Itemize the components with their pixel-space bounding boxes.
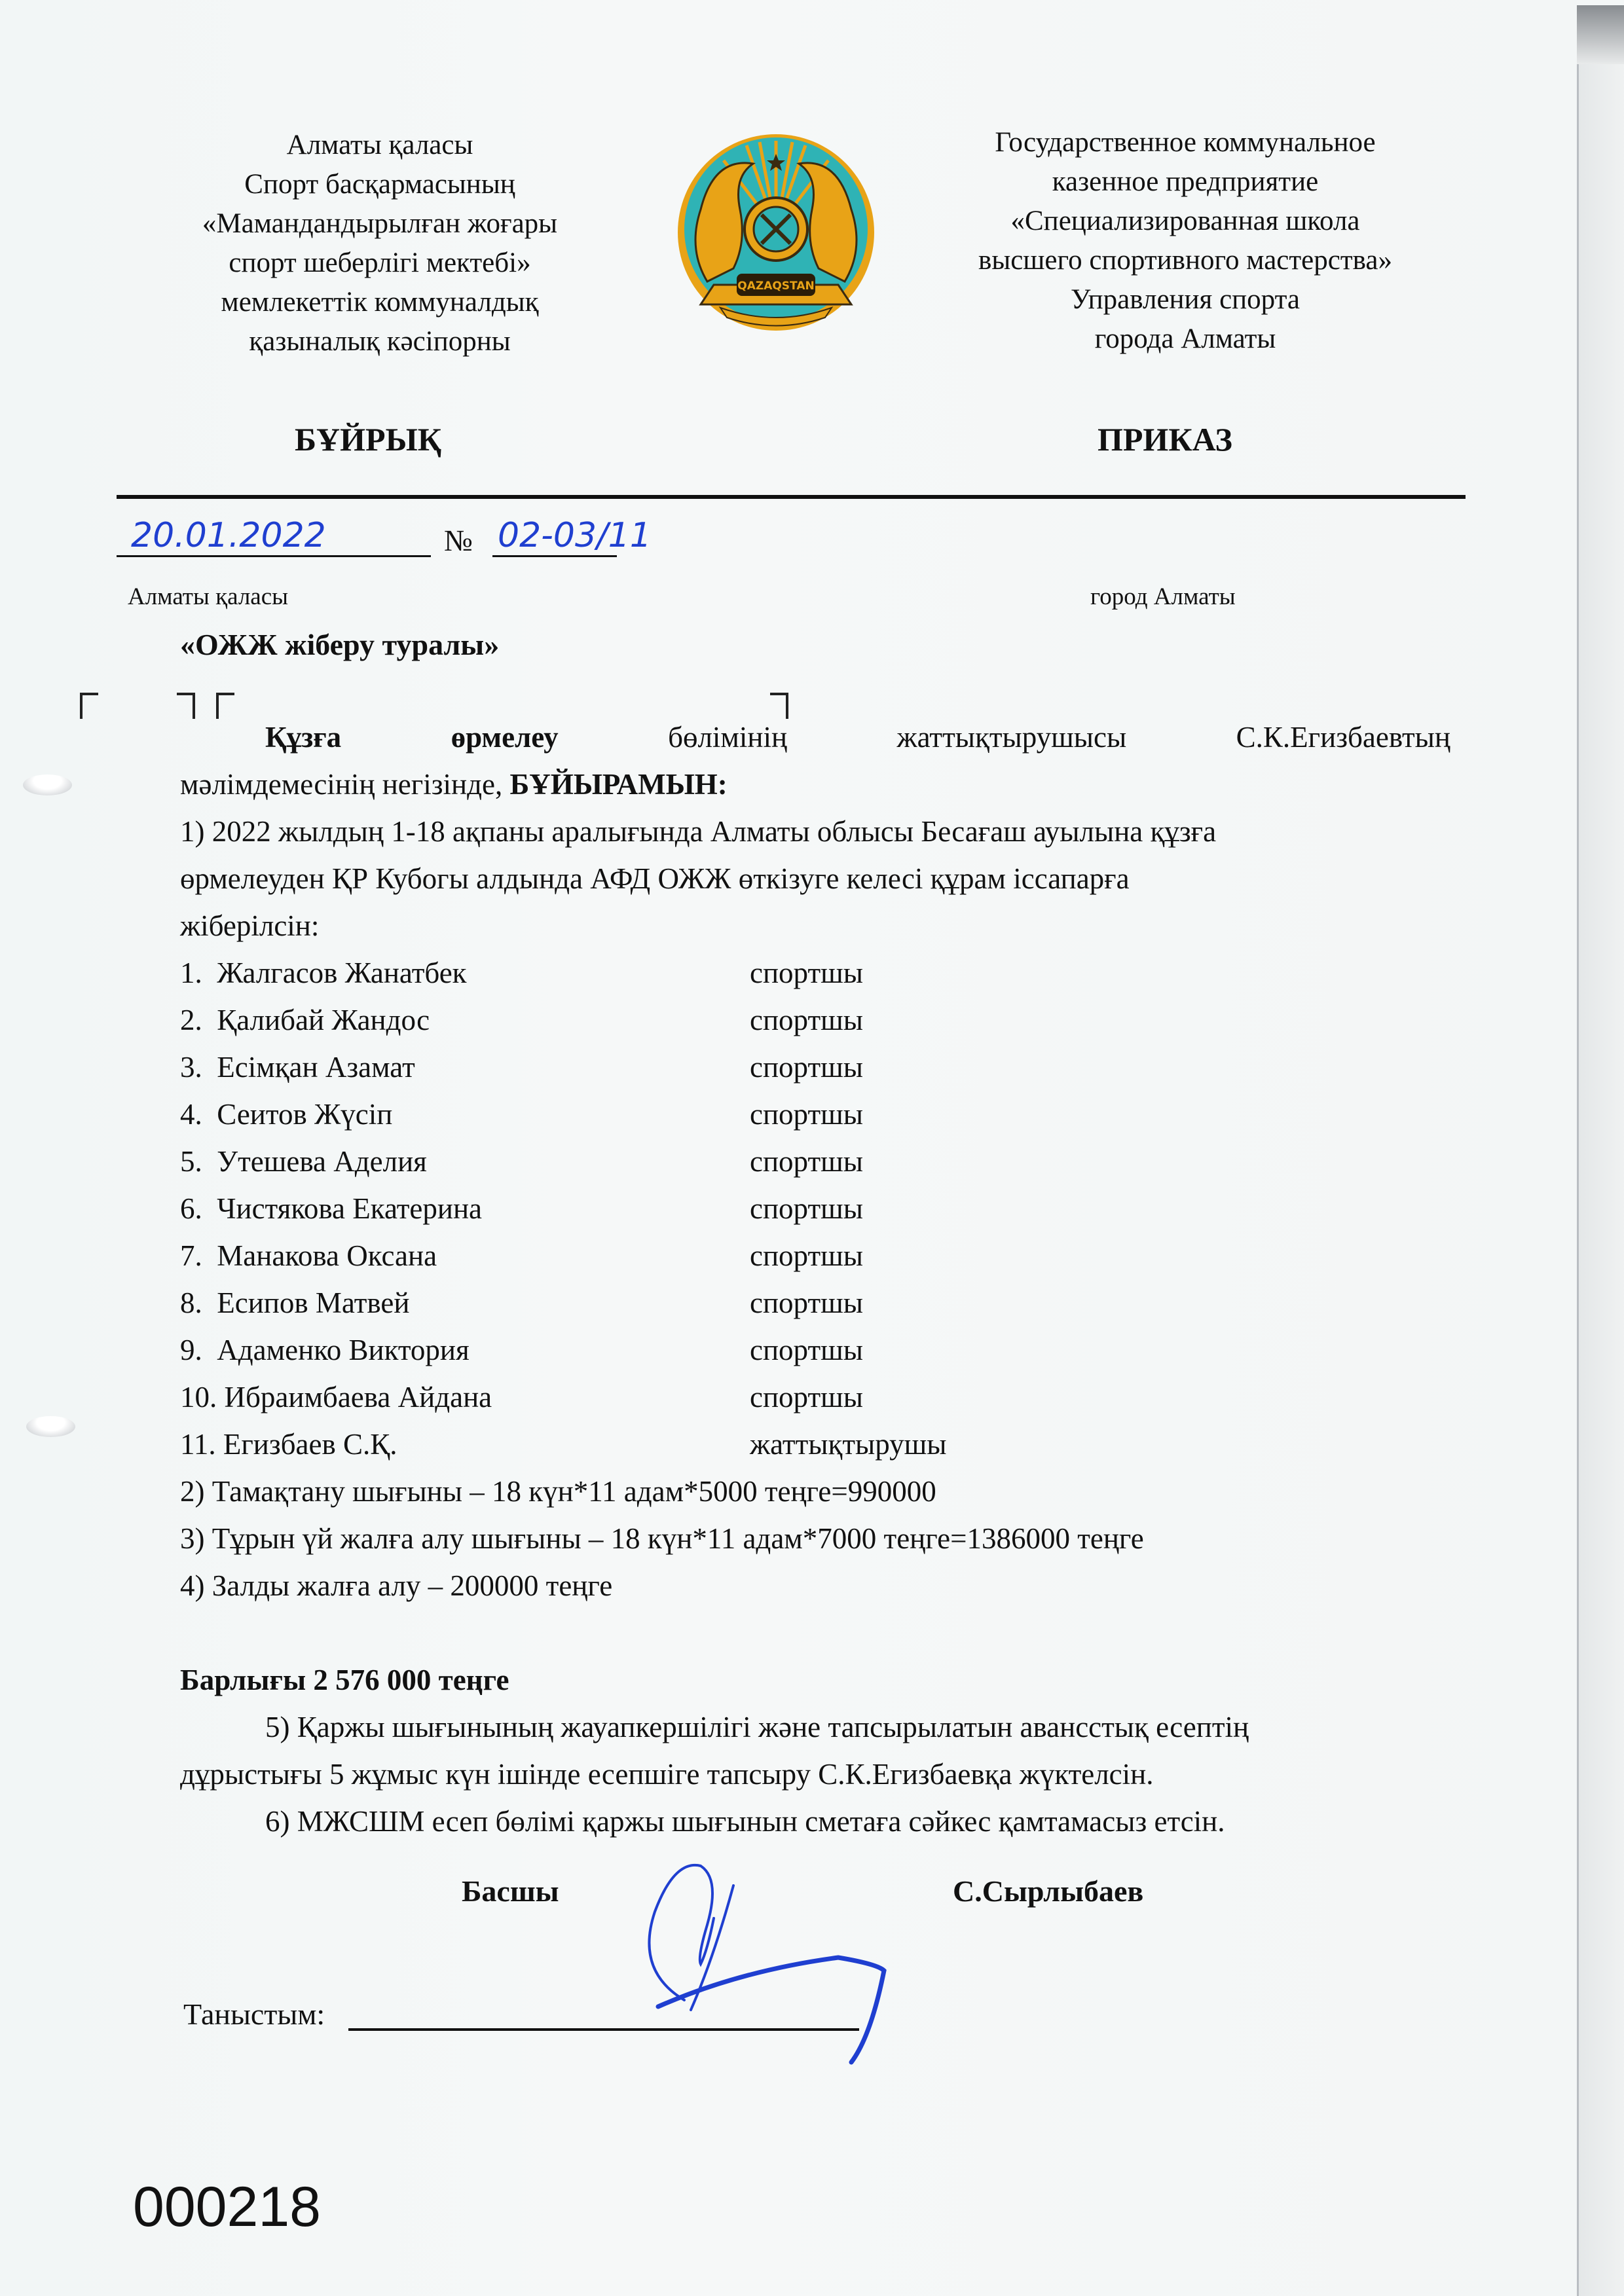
- member-name: 8. Есипов Матвей: [180, 1279, 750, 1326]
- document-serial-number: 000218: [133, 2175, 321, 2240]
- preamble-word: Құзға: [265, 714, 341, 761]
- member-name: 2. Қалибай Жандос: [180, 996, 750, 1044]
- header-left-line: спорт шеберлігі мектебі»: [151, 244, 609, 283]
- member-role: спортшы: [750, 996, 863, 1044]
- total-amount: Барлығы 2 576 000 теңге: [180, 1656, 1450, 1704]
- preamble-text: мәлімдемесінің негізінде,: [180, 768, 509, 801]
- number-label: №: [444, 517, 473, 564]
- member-role: спортшы: [750, 1326, 863, 1374]
- preamble-line2: мәлімдемесінің негізінде, БҰЙЫРАМЫН:: [180, 761, 1450, 808]
- member-name: 3. Есімқан Азамат: [180, 1044, 750, 1091]
- item1-line: өрмелеуден ҚР Кубогы алдында АФД ОЖЖ өтк…: [180, 855, 1450, 902]
- order-keyword: БҰЙЫРАМЫН:: [509, 768, 727, 801]
- member-role: спортшы: [750, 1138, 863, 1185]
- item4-hall-cost: 4) Залды жалға алу – 200000 теңге: [180, 1562, 1450, 1609]
- page-edge-shadow: [1577, 7, 1624, 2296]
- page-edge-corner: [1577, 5, 1624, 64]
- member-name: 1. Жалгасов Жанатбек: [180, 949, 750, 996]
- spacer: [180, 1609, 1450, 1656]
- item3-housing-cost: 3) Тұрын үй жалға алу шығыны – 18 күн*11…: [180, 1515, 1450, 1562]
- member-row: 1. Жалгасов Жанатбекспортшы: [180, 949, 1450, 996]
- item1-line: жіберілсін:: [180, 902, 1450, 949]
- item2-food-cost: 2) Тамақтану шығыны – 18 күн*11 адам*500…: [180, 1468, 1450, 1515]
- member-name: 5. Утешева Аделия: [180, 1138, 750, 1185]
- header-left-line: «Мамандандырылған жоғары: [151, 204, 609, 244]
- member-name: 9. Адаменко Виктория: [180, 1326, 750, 1374]
- header-left-line: мемлекеттік коммуналдық: [151, 283, 609, 322]
- preamble-word: өрмелеу: [451, 714, 559, 761]
- member-role: спортшы: [750, 1091, 863, 1138]
- member-name: 6. Чистякова Екатерина: [180, 1185, 750, 1232]
- header-left-line: қазыналық кәсіпорны: [151, 322, 609, 361]
- preamble-word: жаттықтырушысы: [897, 714, 1127, 761]
- header-right-org: Государственное коммунальное казенное пр…: [917, 123, 1454, 359]
- header-right-line: казенное предприятие: [917, 162, 1454, 202]
- preamble-word: бөлімінің: [668, 714, 787, 761]
- city-russian: город Алматы: [1090, 583, 1236, 611]
- header-divider: [117, 495, 1466, 499]
- header-left-line: Спорт басқармасының: [151, 165, 609, 204]
- order-body: Құзға өрмелеу бөлімінің жаттықтырушысы С…: [180, 714, 1450, 1845]
- bracket-mark: [80, 693, 98, 719]
- member-row: 7. Манакова Оксанаспортшы: [180, 1232, 1450, 1279]
- member-role: спортшы: [750, 949, 863, 996]
- order-date: 20.01.2022: [131, 516, 326, 555]
- member-name: 10. Ибраимбаева Айдана: [180, 1374, 750, 1421]
- signatory-position: Басшы: [462, 1874, 559, 1908]
- member-name: 4. Сеитов Жүсіп: [180, 1091, 750, 1138]
- header-right-line: Управления спорта: [917, 280, 1454, 319]
- number-underline: [492, 555, 617, 557]
- acquainted-signature-line: [348, 2028, 859, 2031]
- member-row: 10. Ибраимбаева Айданаспортшы: [180, 1374, 1450, 1421]
- member-row: 6. Чистякова Екатеринаспортшы: [180, 1185, 1450, 1232]
- member-name: 11. Егизбаев С.Қ.: [180, 1421, 750, 1468]
- acquainted-label: Таныстым:: [183, 1997, 325, 2032]
- member-role: спортшы: [750, 1279, 863, 1326]
- member-row: 4. Сеитов Жүсіпспортшы: [180, 1091, 1450, 1138]
- member-row: 3. Есімқан Азаматспортшы: [180, 1044, 1450, 1091]
- title-russian: ПРИКАЗ: [1098, 420, 1232, 458]
- header-left-line: Алматы қаласы: [151, 126, 609, 165]
- punch-hole-top: [23, 774, 72, 795]
- member-name: 7. Манакова Оксана: [180, 1232, 750, 1279]
- city-kazakh: Алматы қаласы: [128, 583, 288, 611]
- item5-line: 5) Қаржы шығынының жауапкершілігі және т…: [180, 1704, 1450, 1751]
- member-role: спортшы: [750, 1232, 863, 1279]
- member-row: 5. Утешева Аделияспортшы: [180, 1138, 1450, 1185]
- member-row: 8. Есипов Матвейспортшы: [180, 1279, 1450, 1326]
- order-subject: «ОЖЖ жіберу туралы»: [180, 627, 499, 662]
- member-role: спортшы: [750, 1044, 863, 1091]
- title-kazakh: БҰЙРЫҚ: [295, 420, 441, 458]
- item6-line: 6) МЖСШМ есеп бөлімі қаржы шығынын смета…: [180, 1798, 1450, 1845]
- header-right-line: «Специализированная школа: [917, 202, 1454, 241]
- member-row: 9. Адаменко Викторияспортшы: [180, 1326, 1450, 1374]
- member-role: спортшы: [750, 1185, 863, 1232]
- header-left-org: Алматы қаласы Спорт басқармасының «Маман…: [151, 126, 609, 361]
- preamble-word: С.К.Егизбаевтың: [1236, 714, 1450, 761]
- member-row: 2. Қалибай Жандосспортшы: [180, 996, 1450, 1044]
- header-right-line: высшего спортивного мастерства»: [917, 241, 1454, 280]
- item5-line: дұрыстығы 5 жұмыс күн ішінде есепшіге та…: [180, 1751, 1450, 1798]
- date-underline: [117, 555, 431, 557]
- punch-hole-bottom: [26, 1416, 75, 1437]
- handwritten-signature-icon: [609, 1840, 1041, 2102]
- item1-line: 1) 2022 жылдың 1-18 ақпаны аралығында Ал…: [180, 808, 1450, 855]
- member-row: 11. Егизбаев С.Қ.жаттықтырушы: [180, 1421, 1450, 1468]
- order-number: 02-03/11: [498, 516, 652, 555]
- member-role: спортшы: [750, 1374, 863, 1421]
- preamble-line1: Құзға өрмелеу бөлімінің жаттықтырушысы С…: [180, 714, 1450, 761]
- member-role: жаттықтырушы: [750, 1421, 947, 1468]
- header-right-line: города Алматы: [917, 319, 1454, 359]
- svg-text:QAZAQSTAN: QAZAQSTAN: [737, 280, 814, 293]
- state-emblem-icon: QAZAQSTAN: [674, 131, 877, 334]
- header-right-line: Государственное коммунальное: [917, 123, 1454, 162]
- member-list: 1. Жалгасов Жанатбекспортшы2. Қалибай Жа…: [180, 949, 1450, 1468]
